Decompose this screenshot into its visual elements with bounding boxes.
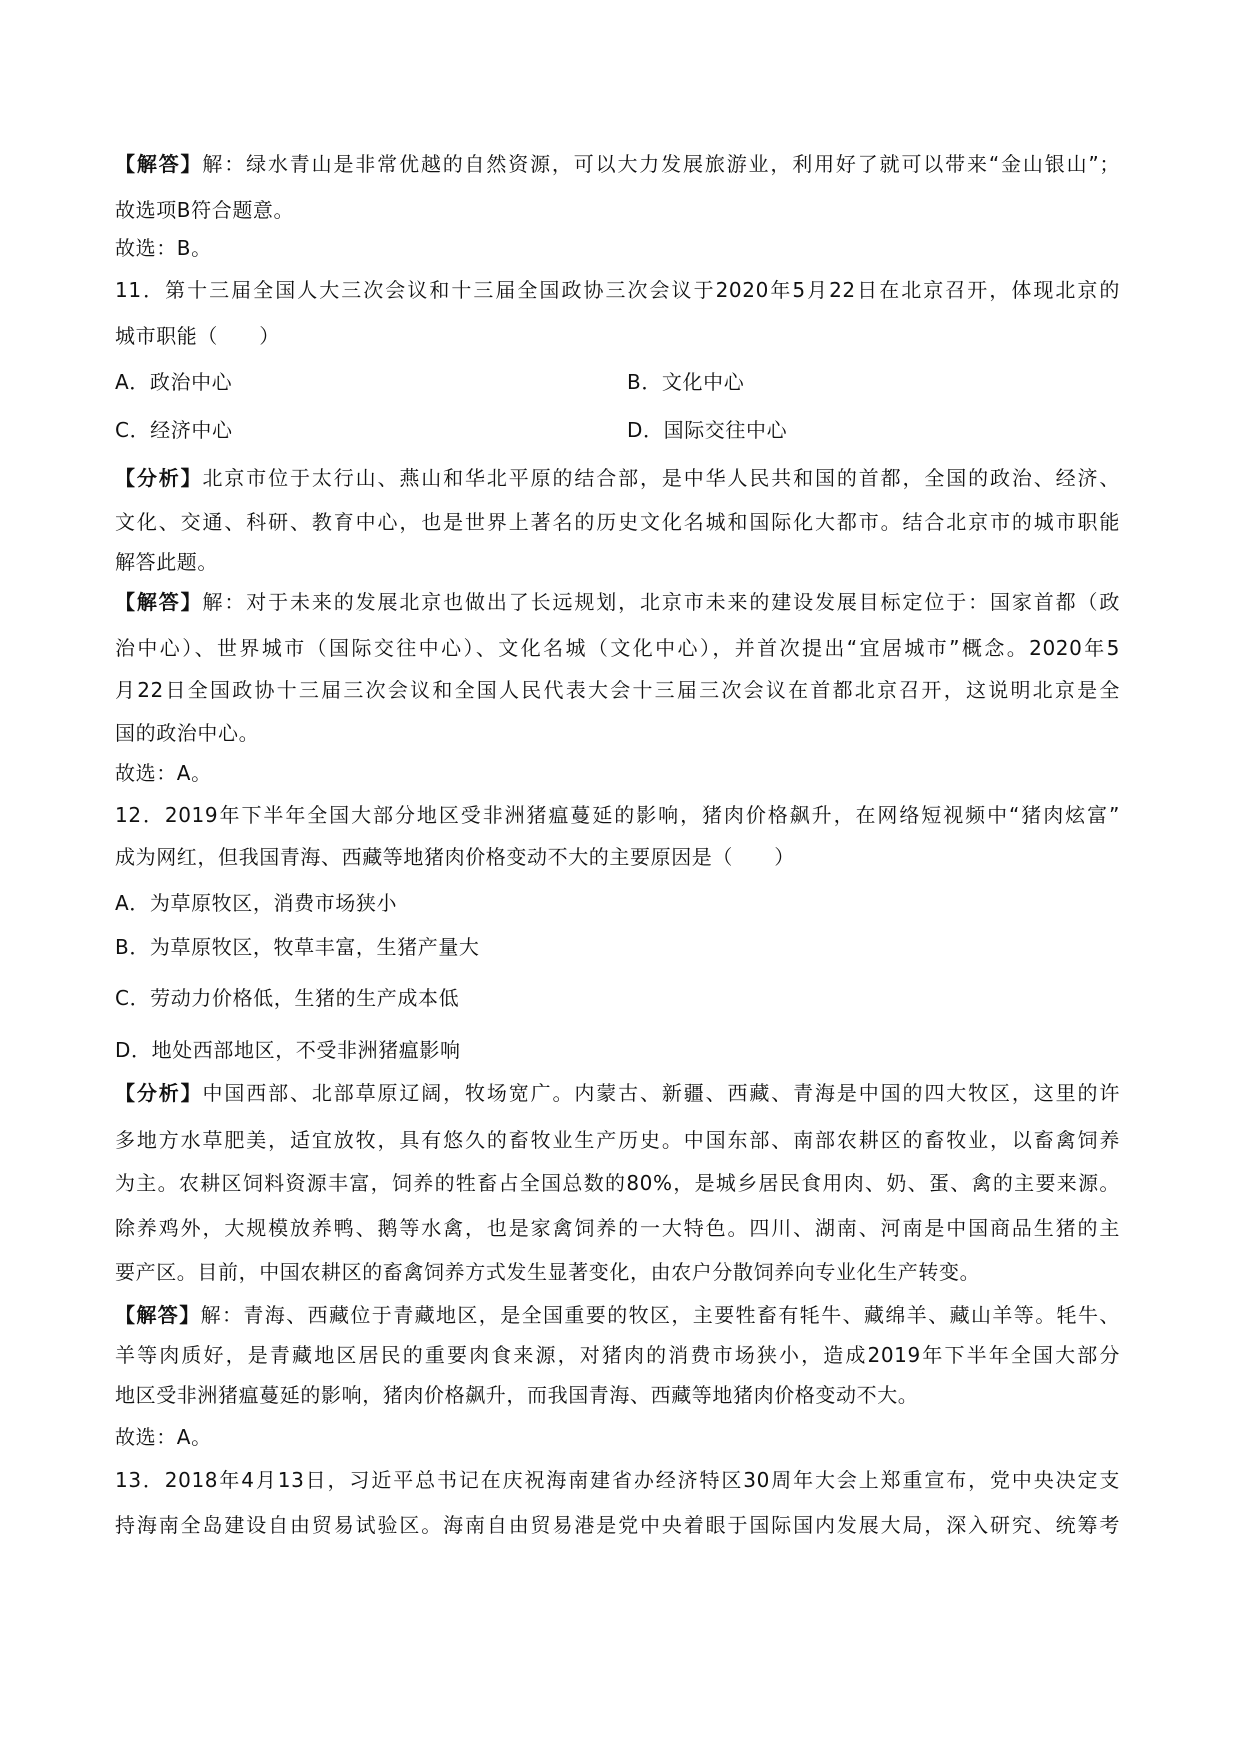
text-line: 羊等肉质好，是青藏地区居民的重要肉食来源，对猪肉的消费市场狭小，造成2019年下… [115, 1340, 1120, 1370]
text-line: 持海南全岛建设自由贸易试验区。海南自由贸易港是党中央着眼于国际国内发展大局，深入… [115, 1510, 1120, 1540]
line-text: C．劳动力价格低，生猪的生产成本低 [115, 986, 459, 1010]
text-line: 为主。农耕区饲料资源丰富，饲养的牲畜占全国总数的80%，是城乡居民食用肉、奶、蛋… [115, 1168, 1120, 1198]
line-text: 故选项B符合题意。 [115, 198, 294, 222]
line-text: 国的政治中心。 [115, 721, 259, 745]
line-text: 解：对于未来的发展北京也做出了长远规划，北京市未来的建设发展目标定位于：国家首都… [203, 590, 1121, 614]
q11-option-d: D．国际交往中心 [627, 415, 1127, 445]
section-tag: 【解答】 [115, 152, 202, 176]
line-text: 多地方水草肥美，适宜放牧，具有悠久的畜牧业生产历史。中国东部、南部农耕区的畜牧业… [115, 1128, 1120, 1152]
line-text: 13．2018年4月13日，习近平总书记在庆祝海南建省办经济特区30周年大会上郑… [115, 1468, 1120, 1492]
text-line: 月22日全国政协十三届三次会议和全国人民代表大会十三届三次会议在首都北京召开，这… [115, 675, 1120, 705]
line-text: 持海南全岛建设自由贸易试验区。海南自由贸易港是党中央着眼于国际国内发展大局，深入… [115, 1513, 1120, 1537]
text-line: 解答此题。 [115, 547, 1120, 577]
line-text: 中国西部、北部草原辽阔，牧场宽广。内蒙古、新疆、西藏、青海是中国的四大牧区，这里… [203, 1081, 1121, 1105]
text-line: B．为草原牧区，牧草丰富，生猪产量大 [115, 932, 1120, 962]
section-tag: 【分析】 [115, 466, 203, 490]
text-line: 故选：B。 [115, 233, 1120, 263]
section-tag: 【分析】 [115, 1081, 203, 1105]
text-line: 【解答】解：青海、西藏位于青藏地区，是全国重要的牧区，主要牲畜有牦牛、藏绵羊、藏… [115, 1300, 1120, 1330]
text-line: 城市职能（ ） [115, 321, 1120, 351]
line-text: 故选：A。 [115, 1425, 212, 1449]
line-text: D．地处西部地区，不受非洲猪瘟影响 [115, 1038, 461, 1062]
line-text: 解答此题。 [115, 550, 218, 574]
line-text: 羊等肉质好，是青藏地区居民的重要肉食来源，对猪肉的消费市场狭小，造成2019年下… [115, 1343, 1120, 1367]
line-text: 成为网红，但我国青海、西藏等地猪肉价格变动不大的主要原因是（ ） [115, 845, 795, 869]
line-text: 11．第十三届全国人大三次会议和十三届全国政协三次会议于2020年5月22日在北… [115, 278, 1120, 302]
line-text: 要产区。目前，中国农耕区的畜禽饲养方式发生显著变化，由农户分散饲养向专业化生产转… [115, 1260, 980, 1284]
text-line: 国的政治中心。 [115, 718, 1120, 748]
text-line: 故选：A。 [115, 1422, 1120, 1452]
section-tag: 【解答】 [115, 1303, 201, 1327]
line-text: 为主。农耕区饲料资源丰富，饲养的牲畜占全国总数的80%，是城乡居民食用肉、奶、蛋… [115, 1171, 1120, 1195]
line-text: 解：青海、西藏位于青藏地区，是全国重要的牧区，主要牲畜有牦牛、藏绵羊、藏山羊等。… [201, 1303, 1120, 1327]
line-text: 除养鸡外，大规模放养鸭、鹅等水禽，也是家禽饲养的一大特色。四川、湖南、河南是中国… [115, 1216, 1120, 1240]
text-line: A．为草原牧区，消费市场狭小 [115, 888, 1120, 918]
text-line: 【解答】解：对于未来的发展北京也做出了长远规划，北京市未来的建设发展目标定位于：… [115, 587, 1120, 617]
text-line: D．地处西部地区，不受非洲猪瘟影响 [115, 1035, 1120, 1065]
text-line: 13．2018年4月13日，习近平总书记在庆祝海南建省办经济特区30周年大会上郑… [115, 1465, 1120, 1495]
text-line: C．劳动力价格低，生猪的生产成本低 [115, 983, 1120, 1013]
line-text: 解：绿水青山是非常优越的自然资源，可以大力发展旅游业，利用好了就可以带来“金山银… [202, 152, 1120, 176]
line-text: 治中心）、世界城市（国际交往中心）、文化名城（文化中心），并首次提出“宜居城市”… [115, 636, 1120, 660]
line-text: 文化、交通、科研、教育中心，也是世界上著名的历史文化名城和国际化大都市。结合北京… [115, 510, 1120, 534]
text-line: 【解答】解：绿水青山是非常优越的自然资源，可以大力发展旅游业，利用好了就可以带来… [115, 149, 1120, 179]
text-line: 故选：A。 [115, 758, 1120, 788]
line-text: 12．2019年下半年全国大部分地区受非洲猪瘟蔓延的影响，猪肉价格飙升，在网络短… [115, 803, 1120, 827]
text-line: 【分析】北京市位于太行山、燕山和华北平原的结合部，是中华人民共和国的首都，全国的… [115, 463, 1120, 493]
text-line: 【分析】中国西部、北部草原辽阔，牧场宽广。内蒙古、新疆、西藏、青海是中国的四大牧… [115, 1078, 1120, 1108]
text-line: 故选项B符合题意。 [115, 195, 1120, 225]
text-line: 11．第十三届全国人大三次会议和十三届全国政协三次会议于2020年5月22日在北… [115, 275, 1120, 305]
text-line: 治中心）、世界城市（国际交往中心）、文化名城（文化中心），并首次提出“宜居城市”… [115, 633, 1120, 663]
text-line: 地区受非洲猪瘟蔓延的影响，猪肉价格飙升，而我国青海、西藏等地猪肉价格变动不大。 [115, 1380, 1120, 1410]
text-line: 多地方水草肥美，适宜放牧，具有悠久的畜牧业生产历史。中国东部、南部农耕区的畜牧业… [115, 1125, 1120, 1155]
line-text: 月22日全国政协十三届三次会议和全国人民代表大会十三届三次会议在首都北京召开，这… [115, 678, 1120, 702]
section-tag: 【解答】 [115, 590, 203, 614]
text-line: 除养鸡外，大规模放养鸭、鹅等水禽，也是家禽饲养的一大特色。四川、湖南、河南是中国… [115, 1213, 1120, 1243]
line-text: 城市职能（ ） [115, 324, 280, 348]
line-text: 地区受非洲猪瘟蔓延的影响，猪肉价格飙升，而我国青海、西藏等地猪肉价格变动不大。 [115, 1383, 918, 1407]
text-line: 文化、交通、科研、教育中心，也是世界上著名的历史文化名城和国际化大都市。结合北京… [115, 507, 1120, 537]
document-page: 【解答】解：绿水青山是非常优越的自然资源，可以大力发展旅游业，利用好了就可以带来… [0, 0, 1241, 1754]
text-line: 12．2019年下半年全国大部分地区受非洲猪瘟蔓延的影响，猪肉价格飙升，在网络短… [115, 800, 1120, 830]
q11-option-b: B．文化中心 [627, 367, 1127, 397]
line-text: 北京市位于太行山、燕山和华北平原的结合部，是中华人民共和国的首都，全国的政治、经… [203, 466, 1121, 490]
text-line: 成为网红，但我国青海、西藏等地猪肉价格变动不大的主要原因是（ ） [115, 842, 1120, 872]
line-text: 故选：B。 [115, 236, 212, 260]
text-line: 要产区。目前，中国农耕区的畜禽饲养方式发生显著变化，由农户分散饲养向专业化生产转… [115, 1257, 1120, 1287]
line-text: 故选：A。 [115, 761, 212, 785]
line-text: A．为草原牧区，消费市场狭小 [115, 891, 397, 915]
line-text: B．为草原牧区，牧草丰富，生猪产量大 [115, 935, 480, 959]
